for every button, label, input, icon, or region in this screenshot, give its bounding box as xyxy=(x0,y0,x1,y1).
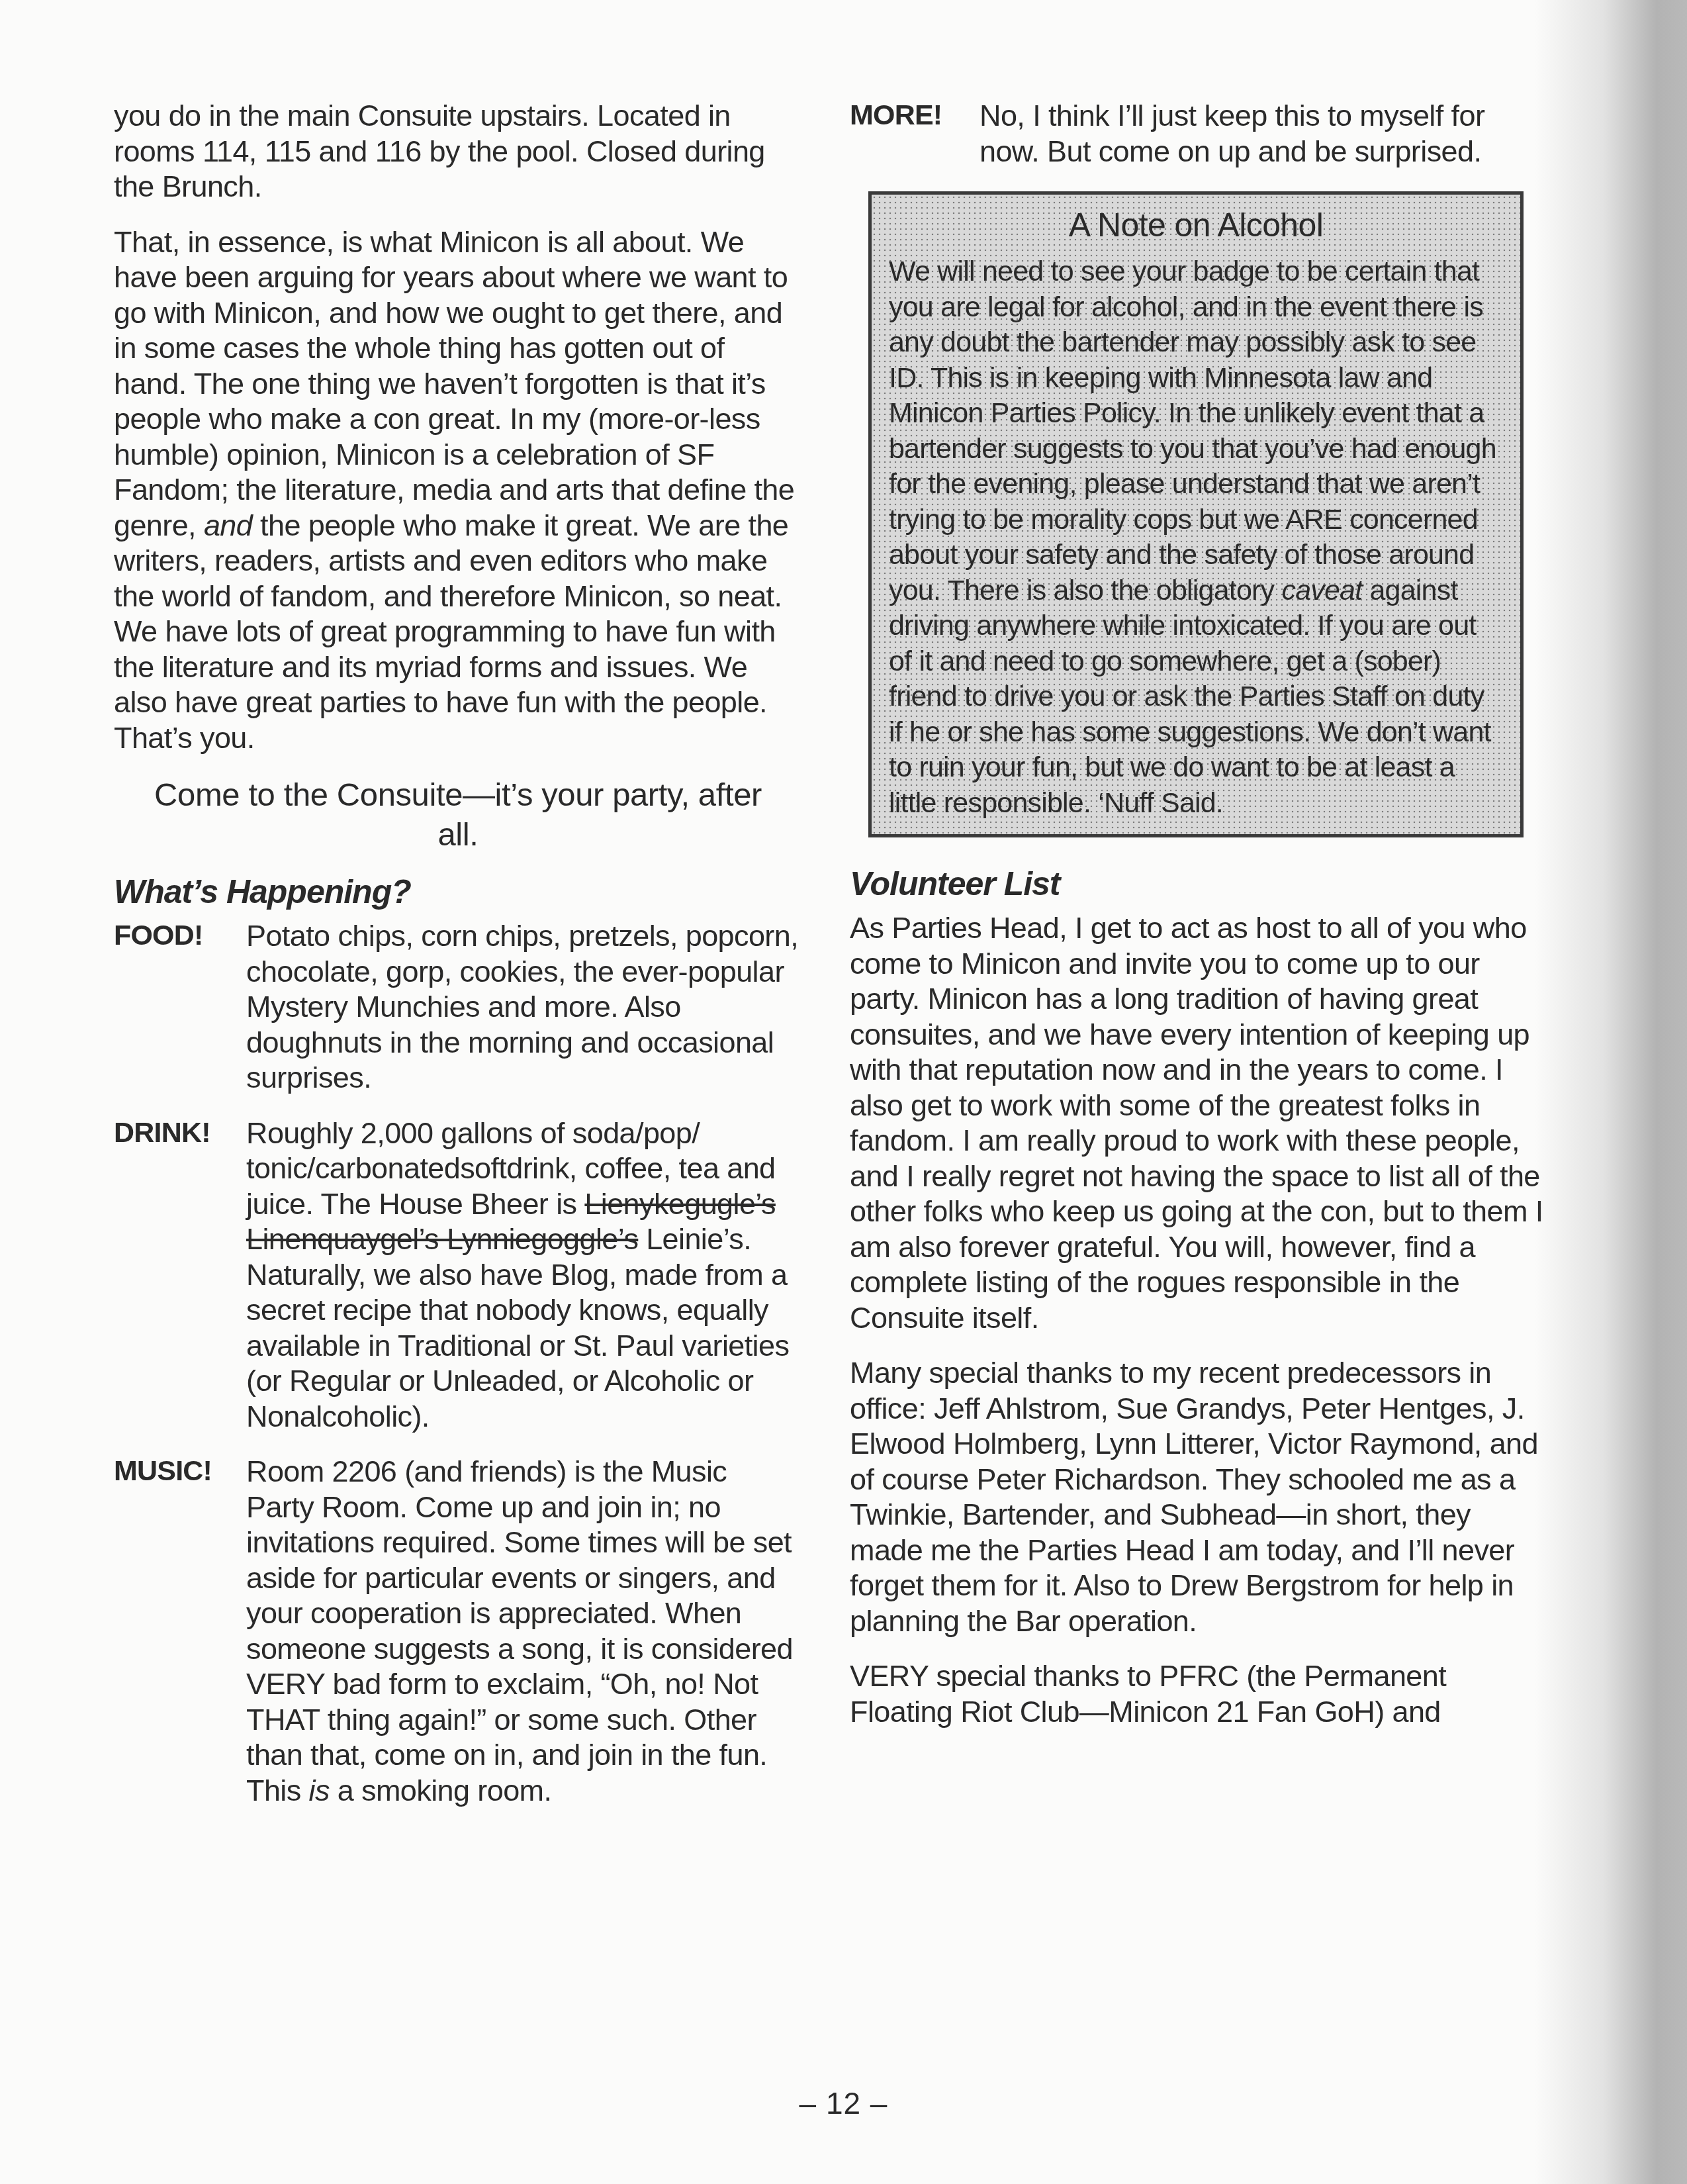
entry-label-drink: DRINK! xyxy=(114,1116,246,1435)
entry-text-more: No, I think I’ll just keep this to mysel… xyxy=(980,98,1551,169)
entry-text-music: Room 2206 (and friends) is the Music Par… xyxy=(246,1454,802,1808)
text-run: Room 2206 (and friends) is the Music Par… xyxy=(246,1454,793,1807)
paragraph-parties-head: As Parties Head, I get to act as host to… xyxy=(850,910,1551,1335)
right-column: MORE! No, I think I’ll just keep this to… xyxy=(850,98,1551,1749)
note-on-alcohol-box: A Note on Alcohol We will need to see yo… xyxy=(868,191,1524,837)
emphasis-is: is xyxy=(309,1774,330,1807)
text-run: against driving anywhere while intoxicat… xyxy=(889,575,1491,819)
paragraph-very-special-thanks: VERY special thanks to PFRC (the Permane… xyxy=(850,1658,1551,1729)
entry-more: MORE! No, I think I’ll just keep this to… xyxy=(850,98,1551,169)
left-column: you do in the main Consuite upstairs. Lo… xyxy=(114,98,802,1828)
text-run: That, in essence, is what Minicon is all… xyxy=(114,225,794,542)
entry-drink: DRINK! Roughly 2,000 gallons of soda/pop… xyxy=(114,1116,802,1435)
emphasis-and: and xyxy=(204,508,252,542)
emphasis-caveat: caveat xyxy=(1281,575,1362,606)
heading-volunteer-list: Volunteer List xyxy=(850,864,1551,904)
heading-whats-happening: What’s Happening? xyxy=(114,872,802,912)
paragraph-consuite-location: you do in the main Consuite upstairs. Lo… xyxy=(114,98,802,205)
paragraph-special-thanks: Many special thanks to my recent predece… xyxy=(850,1355,1551,1638)
note-box-body: We will need to see your badge to be cer… xyxy=(889,254,1503,821)
page-number: – 12 – xyxy=(0,2085,1687,2121)
callout-come-to-consuite: Come to the Consuite—it’s your party, af… xyxy=(154,775,762,855)
text-run: a smoking room. xyxy=(330,1774,552,1807)
entry-music: MUSIC! Room 2206 (and friends) is the Mu… xyxy=(114,1454,802,1808)
entry-label-music: MUSIC! xyxy=(114,1454,246,1808)
scan-shadow-edge xyxy=(1535,0,1687,2184)
text-run: the people who make it great. We are the… xyxy=(114,508,788,755)
entry-food: FOOD! Potato chips, corn chips, pretzels… xyxy=(114,918,802,1096)
entry-label-more: MORE! xyxy=(850,98,980,169)
note-box-title: A Note on Alcohol xyxy=(889,204,1503,246)
paragraph-minicon-about: That, in essence, is what Minicon is all… xyxy=(114,224,802,756)
entry-text-food: Potato chips, corn chips, pretzels, popc… xyxy=(246,918,802,1096)
text-run: We will need to see your badge to be cer… xyxy=(889,256,1496,606)
entry-text-drink: Roughly 2,000 gallons of soda/pop/ tonic… xyxy=(246,1116,802,1435)
entry-label-food: FOOD! xyxy=(114,918,246,1096)
